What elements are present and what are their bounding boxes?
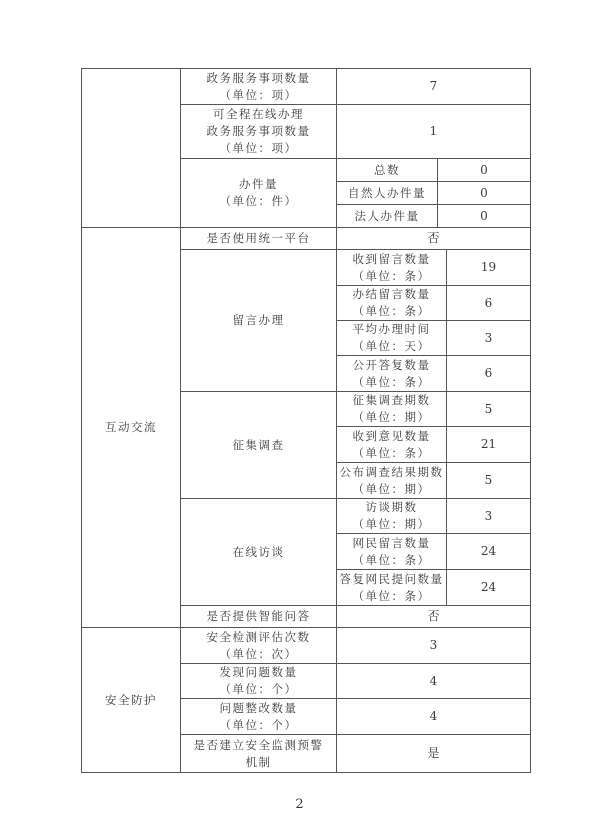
table-border [81, 68, 531, 773]
page-number: 2 [0, 797, 599, 812]
